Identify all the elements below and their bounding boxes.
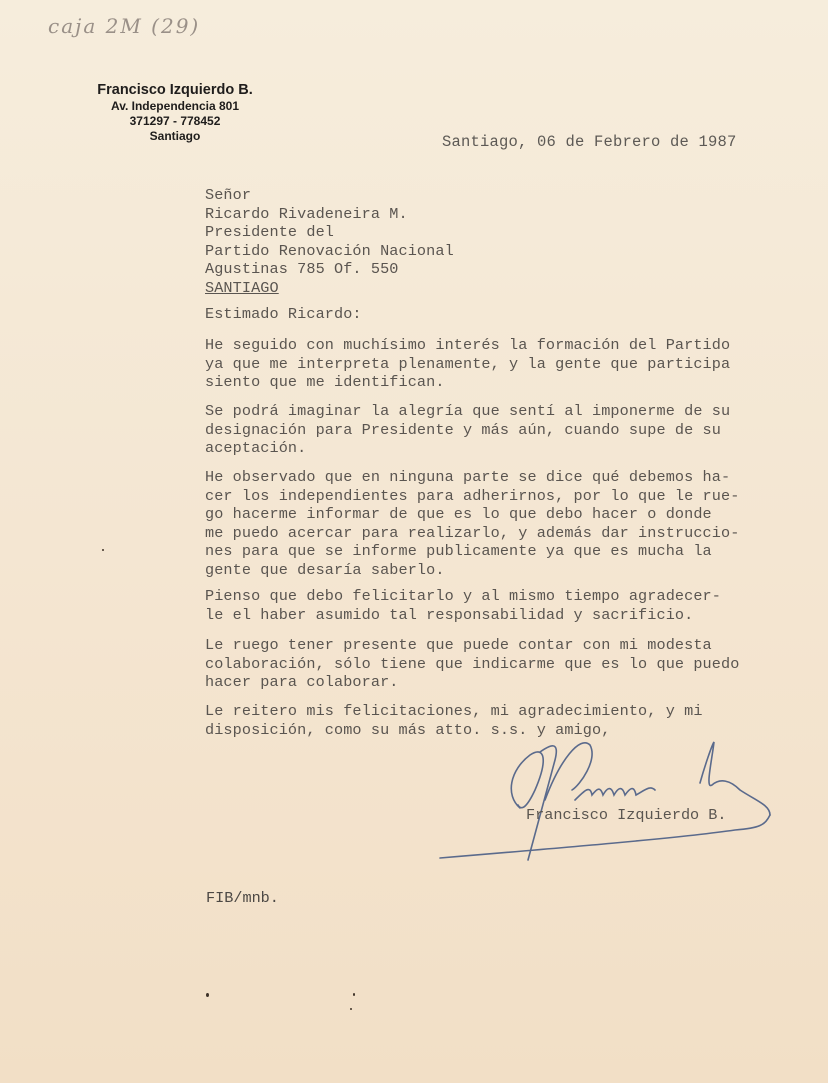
body-paragraph-2: Se podrá imaginar la alegría que sentí a… <box>205 402 730 458</box>
handwritten-archive-note: caja 2M (29) <box>48 14 200 38</box>
body-paragraph-5: Le ruego tener presente que puede contar… <box>205 636 739 692</box>
recipient-city: SANTIAGO <box>205 279 454 298</box>
paper-speck <box>350 1008 352 1010</box>
recipient-name: Ricardo Rivadeneira M. <box>205 205 454 224</box>
sender-phone: 371297 - 778452 <box>80 114 270 129</box>
reference-initials: FIB/mnb. <box>206 889 279 907</box>
recipient-block: SeñorRicardo Rivadeneira M.Presidente de… <box>205 186 454 297</box>
letterhead: Francisco Izquierdo B. Av. Independencia… <box>80 82 270 144</box>
body-paragraph-1: He seguido con muchísimo interés la form… <box>205 336 730 392</box>
body-paragraph-3: He observado que en ninguna parte se dic… <box>205 468 739 579</box>
recipient-position-1: Presidente del <box>205 223 454 242</box>
recipient-position-2: Partido Renovación Nacional <box>205 242 454 261</box>
typed-signature-name: Francisco Izquierdo B. <box>526 806 727 824</box>
sender-city: Santiago <box>80 129 270 144</box>
sender-name: Francisco Izquierdo B. <box>80 82 270 99</box>
body-paragraph-4: Pienso que debo felicitarlo y al mismo t… <box>205 587 721 624</box>
salutation: Estimado Ricardo: <box>205 305 362 324</box>
paper-speck <box>102 549 104 551</box>
letter-date: Santiago, 06 de Febrero de 1987 <box>442 133 737 151</box>
paper-speck <box>353 993 355 996</box>
recipient-title: Señor <box>205 186 454 205</box>
paper-speck <box>206 993 209 997</box>
sender-address: Av. Independencia 801 <box>80 99 270 114</box>
recipient-address: Agustinas 785 Of. 550 <box>205 260 454 279</box>
body-paragraph-closing: Le reitero mis felicitaciones, mi agrade… <box>205 702 703 739</box>
